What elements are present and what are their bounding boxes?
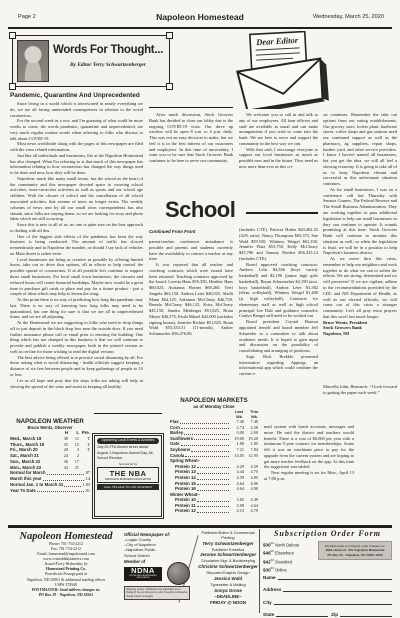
subscription-divider: [259, 529, 260, 613]
events-top-rule: [94, 413, 162, 414]
school-col-2: (includes CTE), Patricia Huber $20,402.2…: [239, 227, 318, 397]
folio-date: Wednesday, March 25, 2020: [313, 14, 384, 20]
events-box: Upcoming Local Events & Activities July …: [94, 435, 162, 517]
dotted-leader: [197, 490, 229, 491]
payment-note: Payment must accompany order. Thank you.…: [318, 541, 392, 560]
market-this-week: 12.95: [244, 453, 258, 459]
staff-role: Publisher/Editor & Commercial Printing: [198, 531, 258, 541]
masthead-divider: [8, 525, 392, 528]
deadline-line: FRIDAY @ NOON: [198, 600, 258, 606]
markets-title: NAPOLEON MARKETS: [170, 397, 258, 404]
market-last-week: 4.13: [230, 508, 244, 514]
dotted-leader: [43, 480, 84, 481]
obituary-policy: Obituary policy: Obituaries are publishe…: [124, 586, 190, 600]
words-article-body: Since living in a world which is intertw…: [10, 101, 143, 409]
market-commodity: Protein 12: [170, 508, 196, 514]
article-paragraph: Most news worldwide along with the pages…: [10, 141, 143, 153]
dotted-leader: [197, 473, 229, 474]
events-footer: CALL 754-2212 TO LIST AN EVENT: [97, 484, 159, 490]
school-col-1: parent-teacher conference attendance is …: [149, 239, 233, 397]
field-label: City: [263, 600, 272, 605]
article-paragraph: Since living in a world which is intertw…: [10, 101, 143, 118]
market-last-week: 13.05: [230, 453, 244, 459]
price-amount: $42: [263, 559, 271, 564]
envelope-icon: Dear Editor: [230, 31, 330, 109]
dotted-leader: [191, 451, 229, 452]
article-paragraph: The best advice being offered is to prac…: [10, 355, 143, 378]
nd-seal: [167, 562, 190, 585]
official-newspaper-block: Official Newspaper of: –Logan County–Cit…: [124, 532, 194, 564]
weather-summary-row: Year To Date .91: [10, 488, 90, 494]
price-label: Elsewhere: [275, 551, 294, 556]
field-underline: [276, 612, 328, 617]
staff-entry: Publisher Emeritus Jerome Schwartzenberg…: [198, 548, 258, 559]
state-field-label: State: [263, 612, 274, 617]
article-paragraph: Local businesses are being as creative a…: [10, 257, 143, 297]
form-field-row: Address: [263, 587, 392, 592]
letter-signature: Bruce Wentz, PresidentStock Growers Bank…: [323, 320, 397, 337]
staff-name: Terry Schwartzenberger: [198, 541, 258, 547]
events-sponsored-label: Sponsored by: [97, 462, 159, 466]
newspaper-page: Page 2 Napoleon Homestead Wednesday, Mar…: [0, 0, 400, 618]
staff-block: Publisher/Editor & Commercial Printing T…: [198, 531, 258, 606]
dotted-leader: [64, 486, 81, 487]
box-corner-ornament: [166, 83, 173, 90]
words-article-headline: Pandemic, Quarantine And Unprecedented: [10, 92, 143, 99]
field-label: Address: [263, 587, 281, 592]
school-paragraph: parent-teacher conference attendance is …: [149, 239, 233, 262]
markets-header-row: Last Wk. This Wk.: [170, 409, 258, 419]
school-paragraph: Next regular meeting is set for Mon., Ap…: [264, 470, 354, 482]
contact-line: Napoleon, ND 58561 & additional mailing …: [12, 578, 120, 583]
nba-box: THE NBA NAPOLEON BUSINESS ASSOCIATION: [97, 467, 159, 483]
staff-name: Sonya Grose: [198, 588, 258, 594]
dotted-leader: [181, 445, 229, 446]
dotted-leader: [197, 506, 229, 507]
price-option: $4200 Snowbird: [263, 558, 317, 566]
dotted-leader: [194, 439, 229, 440]
nba-subtitle: NAPOLEON BUSINESS ASSOCIATION: [98, 478, 158, 481]
subscription-form: Subscription Order Form $3000 North Dako…: [263, 529, 392, 538]
school-paragraph: Board president Crystal Hanson appointed…: [239, 319, 318, 354]
school-paragraph: (includes CTE), Patricia Huber $20,402.2…: [239, 227, 318, 262]
school-paragraph: mail system with lunch accounts, message…: [264, 424, 354, 470]
price-option: $3000 North Dakota: [263, 541, 317, 549]
letter-col-c: sis continues. Remember the take out opt…: [323, 112, 397, 374]
price-cents: 00: [271, 558, 274, 562]
box-corner-ornament: [9, 32, 16, 39]
dotted-leader: [47, 474, 84, 475]
letter-signature-line: Napoleon, ND: [323, 331, 397, 337]
weather-low: 21: [68, 465, 79, 471]
article-paragraph: For the second week in a row, and I'm gu…: [10, 118, 143, 141]
form-fields: Name Address City State Zip Gift subscri…: [263, 567, 392, 618]
letter-paragraph: As we move thru this crisis, remember to…: [323, 256, 397, 319]
staff-entry: Typesetter & Mailing Sonya Grose: [198, 583, 258, 594]
dotted-leader: [184, 434, 229, 435]
dotted-leader: [197, 479, 229, 480]
dotted-leader: [180, 423, 229, 424]
payment-note-line: PO Box 29 - Napoleon, ND 58561-0029: [320, 553, 390, 557]
dotted-leader: [181, 428, 229, 429]
box-corner-ornament: [166, 32, 173, 39]
editor-photo: [17, 40, 49, 82]
folio-rule: [8, 27, 392, 29]
weather-section: NAPOLEON WEATHER Bruce Wentz, Observer H…: [10, 418, 90, 493]
state-zip-row: State Zip: [263, 612, 392, 617]
market-last-week: 4.64: [230, 486, 244, 492]
dotted-leader: [37, 491, 84, 492]
markets-col-lastwk: Last Wk.: [228, 409, 243, 419]
letter-top-rule: [149, 107, 233, 108]
school-paragraph: It was reported that all teacher and coa…: [149, 262, 233, 337]
school-headline-rule: [246, 212, 318, 214]
article-paragraph: Since this is new to all of us, no one i…: [10, 222, 143, 234]
market-this-week: 4.90: [244, 486, 258, 492]
letter-paragraph: As for small businesses, I was on a conf…: [323, 187, 397, 256]
words-box-byline: By Editor Terry Schwartzenberger: [51, 62, 165, 68]
staff-entry: Circulation Mgr. & Bookkeeping Christine…: [198, 559, 258, 570]
staff-entry: Reporter/Graphic Design Jessica Wald: [198, 571, 258, 582]
school-headline: School: [165, 197, 235, 223]
school-col-3: mail system with lunch accounts, message…: [264, 424, 354, 520]
field-underline: [340, 612, 392, 617]
price-cents: 00: [271, 541, 274, 545]
ndna-logo-subtext: NORTH DAKOTA NEWSPAPER ASSOCIATION: [124, 576, 162, 580]
price-amount: $30: [263, 542, 271, 547]
box-corner-ornament: [9, 83, 16, 90]
dotted-leader: [185, 456, 229, 457]
weather-summary-label: Year To Date: [10, 488, 36, 494]
staff-entry: Publisher/Editor & Commercial Printing T…: [198, 531, 258, 547]
school-continued-label: Continued From Front: [149, 229, 195, 234]
article-paragraph: At this point there is no way of predict…: [10, 297, 143, 320]
paper-name: Napoleon Homestead: [12, 531, 120, 542]
events-item: July 20-FFA Alumni street dance: [97, 445, 159, 449]
field-underline: [278, 575, 392, 580]
form-field-row: Name: [263, 575, 392, 580]
price-cents: 00: [271, 549, 274, 553]
masthead-contact-block: Napoleon Homestead Phone: 701-754-2212Fa…: [12, 531, 120, 598]
words-for-thought-box: Words For Thought... By Editor Terry Sch…: [12, 35, 170, 87]
nba-title: THE NBA: [98, 469, 158, 478]
letter-col-a: After much discussion, Stock Growers Ban…: [149, 112, 233, 200]
school-paragraph: Supt. Rich Brekkle presented information…: [239, 354, 318, 377]
weather-high: 42: [57, 465, 68, 471]
weather-summary-value: .91: [85, 488, 90, 494]
words-box-title: Words For Thought...: [51, 44, 165, 56]
field-underline: [274, 600, 392, 605]
weather-precip: T: [79, 447, 90, 453]
field-label: Name: [263, 575, 276, 580]
staff-name: Jessica Wald: [198, 576, 258, 582]
price-amount: $48: [263, 551, 271, 556]
reader-note-text: Marcella John, Bismarck: “I look forward…: [323, 384, 397, 396]
price-label: Snowbird: [275, 559, 292, 564]
article-paragraph: At the Homestead we are suggesting to fo…: [10, 320, 143, 355]
events-header: Upcoming Local Events & Activities: [97, 438, 159, 444]
markets-section: NAPOLEON MARKETS as of Monday Close Last…: [170, 397, 258, 514]
article-paragraph: Napoleon, much like many small towns, ha…: [10, 176, 143, 222]
official-item: School District: [124, 553, 194, 558]
dotted-leader: [197, 512, 229, 513]
reader-note: Marcella John, Bismarck: “I look forward…: [323, 384, 397, 408]
letter-paragraph: We welcome you to call in and talk to an…: [239, 112, 318, 147]
article-paragraph: One of the biggest side effects of the p…: [10, 234, 143, 257]
contact-line: PO Box 29 - Napoleon, ND 58561: [12, 593, 120, 598]
letter-col-b: We welcome you to call in and talk to an…: [239, 112, 318, 212]
letter-paragraph: After much discussion, Stock Growers Ban…: [149, 112, 233, 164]
events-item: August 1-Napoleon Alumni Day, All-School…: [97, 451, 159, 460]
subscription-title: Subscription Order Form: [263, 529, 392, 538]
dear-editor-envelope-art: Dear Editor: [230, 31, 330, 109]
field-underline: [283, 587, 392, 592]
article-paragraph: Just like all individuals and businesses…: [10, 153, 143, 176]
markets-col-thiswk: This Wk.: [243, 409, 258, 419]
price-label: North Dakota: [275, 542, 299, 547]
ndna-logo: NDNA NORTH DAKOTA NEWSPAPER ASSOCIATION: [124, 567, 162, 581]
zip-field-label: Zip: [331, 612, 338, 617]
form-field-row: City: [263, 600, 392, 605]
school-paragraph: Board approved coaching contracts: Andre…: [239, 262, 318, 320]
market-row: Protein 12 4.13 4.79: [170, 508, 258, 514]
dotted-leader: [197, 484, 229, 485]
dotted-leader: [197, 467, 229, 468]
dotted-leader: [197, 501, 229, 502]
market-this-week: 4.79: [244, 508, 258, 514]
article-paragraph: Let us all hope and pray that the steps …: [10, 378, 143, 390]
weather-title: NAPOLEON WEATHER: [10, 418, 90, 425]
letter-paragraph: With that said, I encourage everyone to …: [239, 147, 318, 170]
price-option: $4800 Elsewhere: [263, 549, 317, 557]
letter-paragraph: sis continues. Remember the take out opt…: [323, 112, 397, 187]
